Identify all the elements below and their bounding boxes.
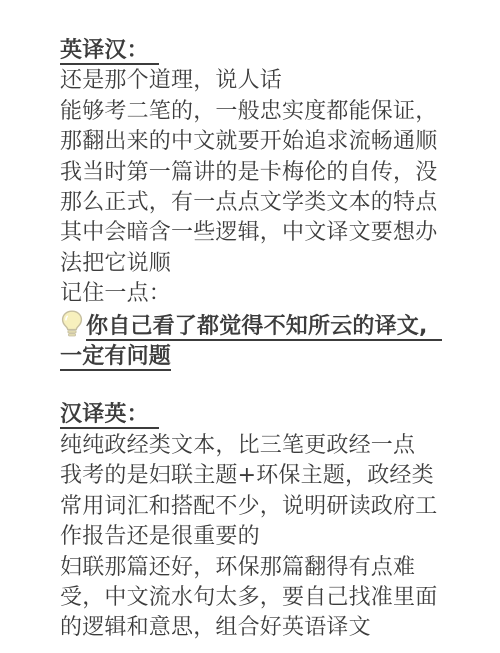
text-line: 记住一点： [60, 279, 462, 309]
key-tip-text: 你自己看了都觉得不知所云的译文, [86, 314, 442, 341]
text-line: 能够考二笔的，一般忠实度都能保证， [60, 97, 462, 127]
text-line: 那么正式，有一点点文学类文本的特点 [60, 188, 462, 218]
text-line: 我考的是妇联主题+环保主题，政经类 [60, 461, 462, 491]
lightbulb-icon [60, 310, 84, 337]
key-tip-line-1: 你自己看了都觉得不知所云的译文, [60, 310, 462, 342]
text-line: 的逻辑和意思，组合好英语译文 [60, 613, 462, 643]
section-heading-text: 汉译英： [60, 402, 159, 429]
text-line: 作报告还是很重要的 [60, 522, 462, 552]
text-line: 我当时第一篇讲的是卡梅伦的自传，没 [60, 158, 462, 188]
key-tip-line-2: 一定有问题 [60, 342, 462, 372]
section-heading-text: 英译汉： [60, 38, 159, 65]
section-en-to-zh: 英译汉： 还是那个道理，说人话 能够考二笔的，一般忠实度都能保证， 那翻出来的中… [60, 36, 462, 372]
section-heading: 汉译英： [60, 400, 462, 430]
note-body: 英译汉： 还是那个道理，说人话 能够考二笔的，一般忠实度都能保证， 那翻出来的中… [0, 0, 500, 644]
text-line: 那翻出来的中文就要开始追求流畅通顺 [60, 127, 462, 157]
text-line: 常用词汇和搭配不少，说明研读政府工 [60, 492, 462, 522]
text-line: 法把它说顺 [60, 249, 462, 279]
text-line: 妇联那篇还好，环保那篇翻得有点难 [60, 553, 462, 583]
text-line: 还是那个道理，说人话 [60, 66, 462, 96]
text-line: 纯纯政经类文本，比三笔更政经一点 [60, 431, 462, 461]
text-line: 其中会暗含一些逻辑，中文译文要想办 [60, 218, 462, 248]
section-zh-to-en: 汉译英： 纯纯政经类文本，比三笔更政经一点 我考的是妇联主题+环保主题，政经类 … [60, 400, 462, 643]
section-heading: 英译汉： [60, 36, 462, 66]
text-line: 受，中文流水句太多，要自己找准里面 [60, 583, 462, 613]
key-tip-text: 一定有问题 [60, 344, 171, 371]
